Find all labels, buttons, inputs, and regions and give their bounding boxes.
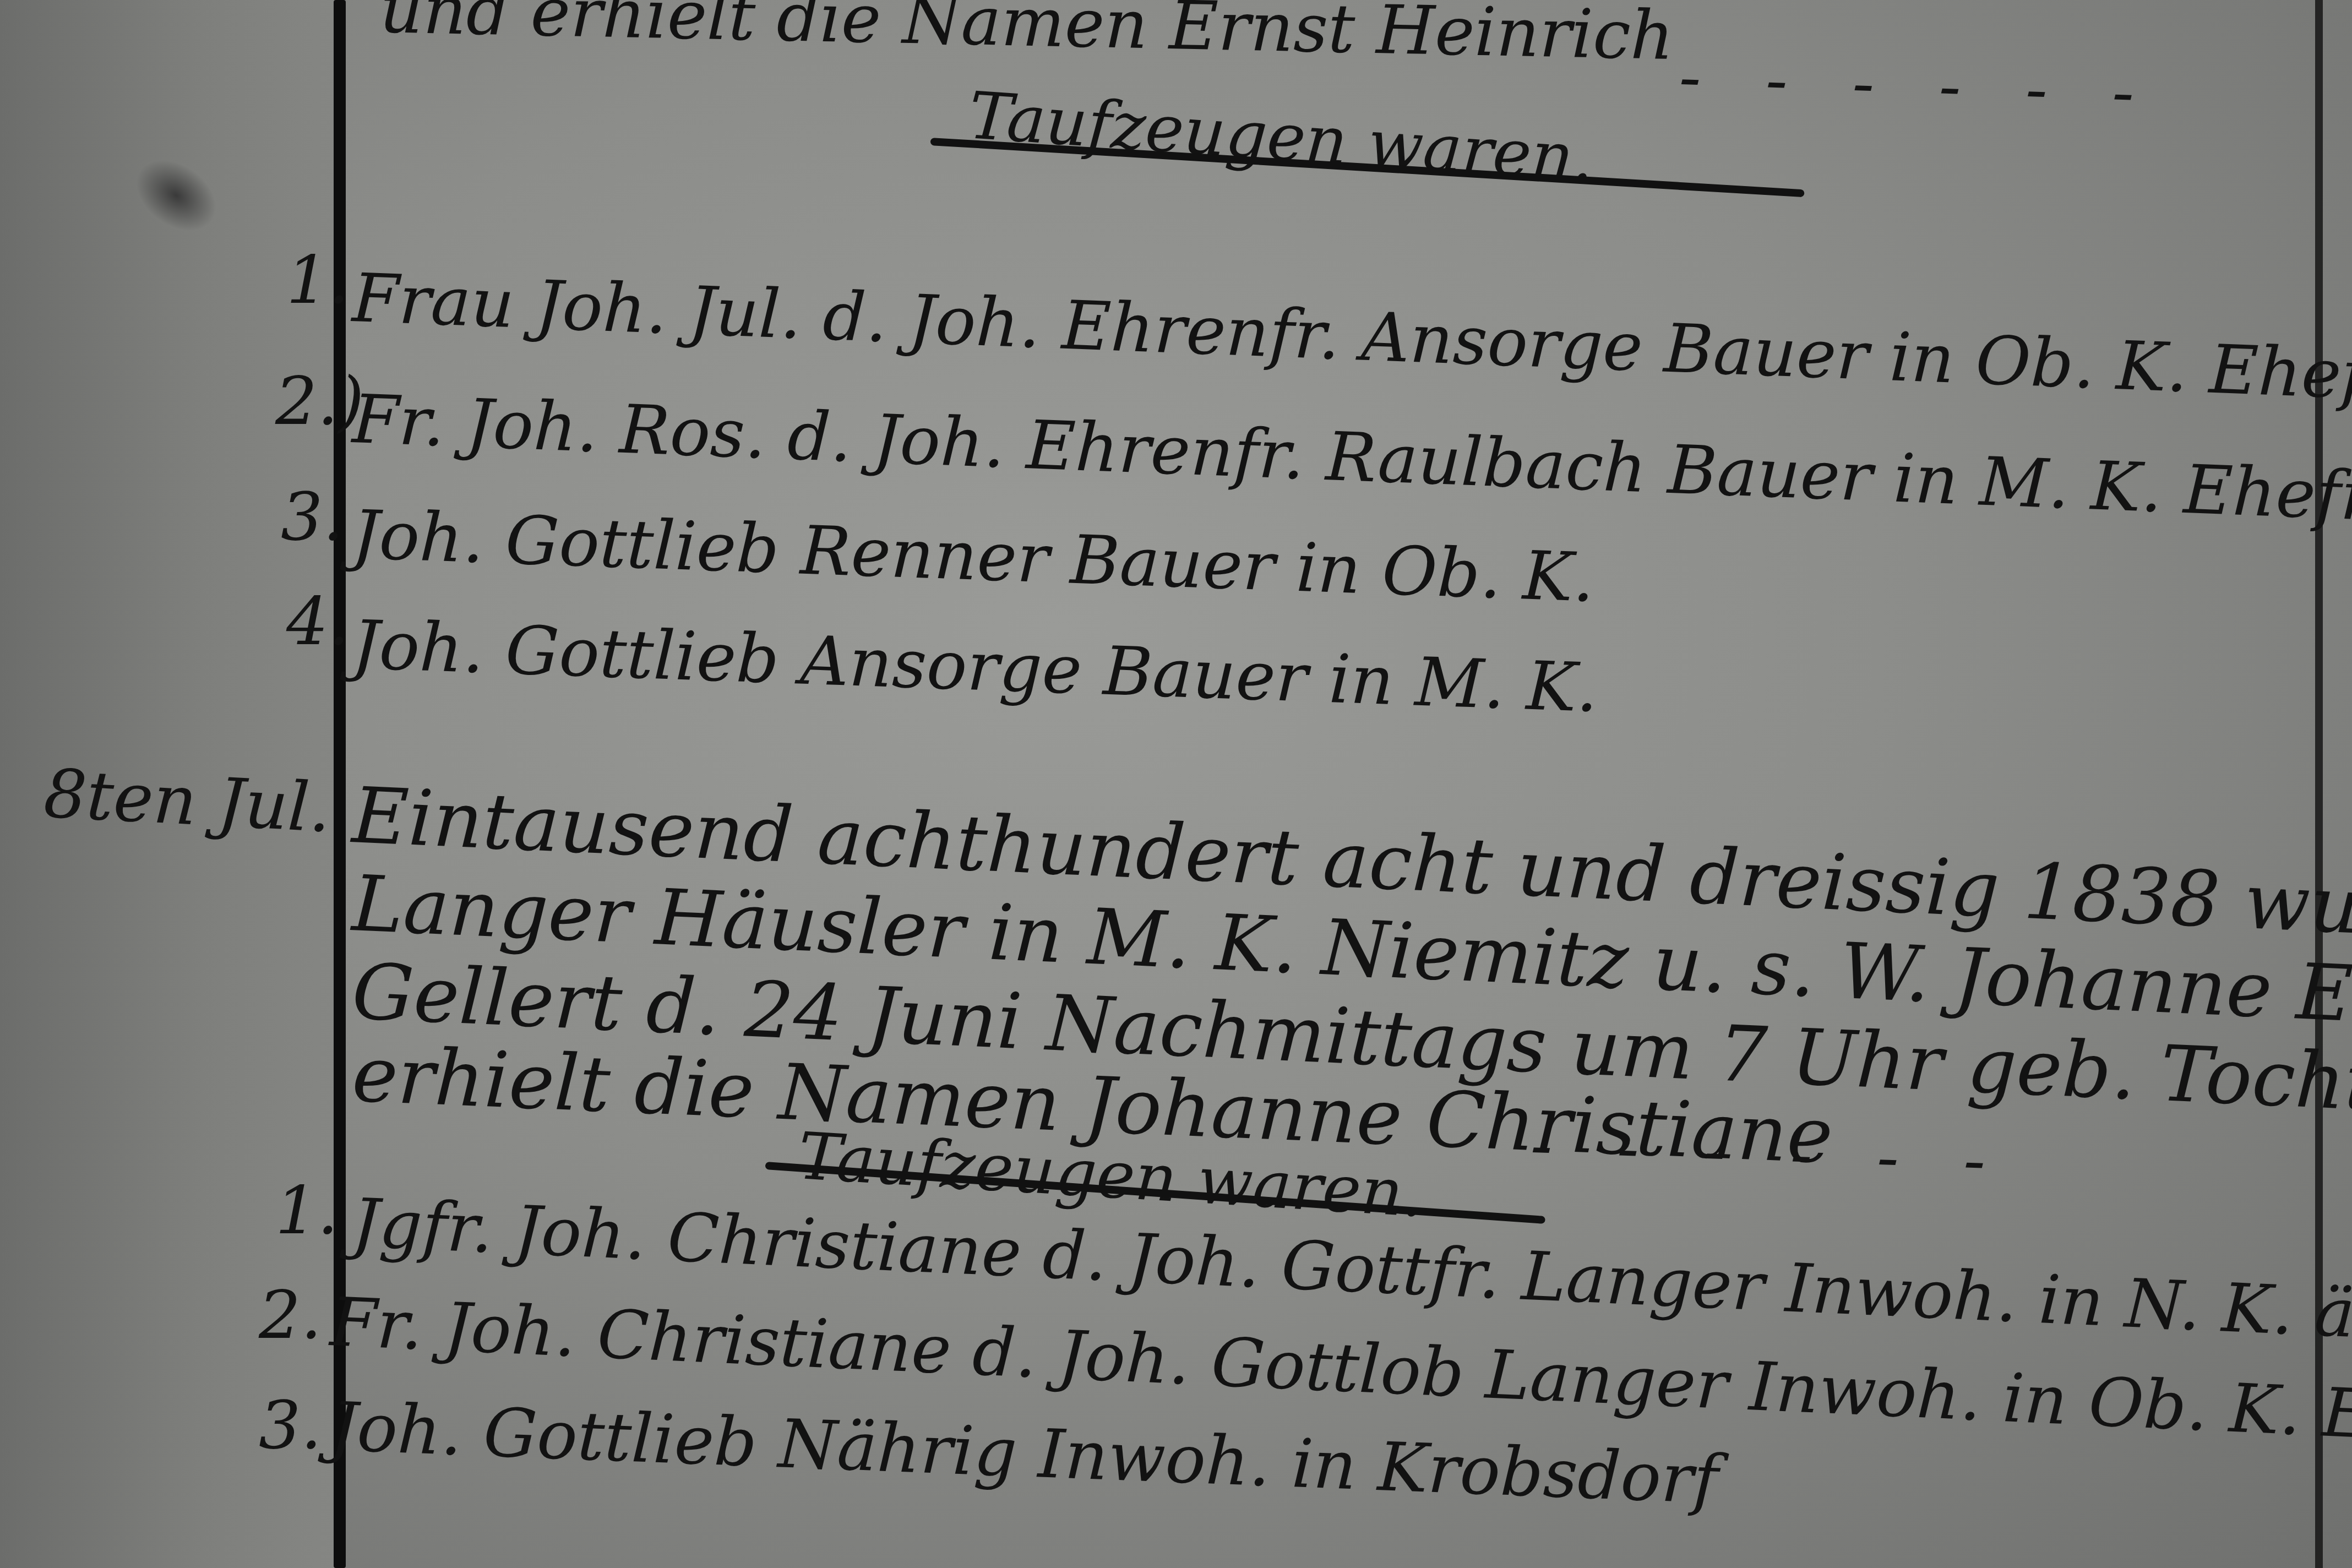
godparent-number: 1. bbox=[286, 242, 350, 319]
top-fragment-line: und erhielt die Namen Ernst Heinrich bbox=[379, 0, 1675, 75]
godparent-number: 1. bbox=[275, 1173, 339, 1249]
godparent-number: 3. bbox=[281, 479, 344, 556]
godparent-number: 2. bbox=[259, 1277, 322, 1354]
margin-date: 8ten Jul. bbox=[42, 754, 333, 847]
register-page: und erhielt die Namen Ernst Heinrich - -… bbox=[0, 0, 2352, 1568]
godparent-line: Joh. Gottlieb Ansorge Bauer in M. K. bbox=[351, 606, 1599, 727]
entry-dashes: - - - - - - bbox=[1529, 1107, 2009, 1199]
godparent-number: 2.) bbox=[275, 363, 364, 440]
godparent-number: 3. bbox=[259, 1387, 322, 1464]
top-fragment-dashes: - - - - - - bbox=[1678, 39, 2158, 131]
godparent-line: Joh. Gottlieb Renner Bauer in Ob. K. bbox=[351, 496, 1596, 617]
godparent-number: 4. bbox=[286, 584, 350, 660]
